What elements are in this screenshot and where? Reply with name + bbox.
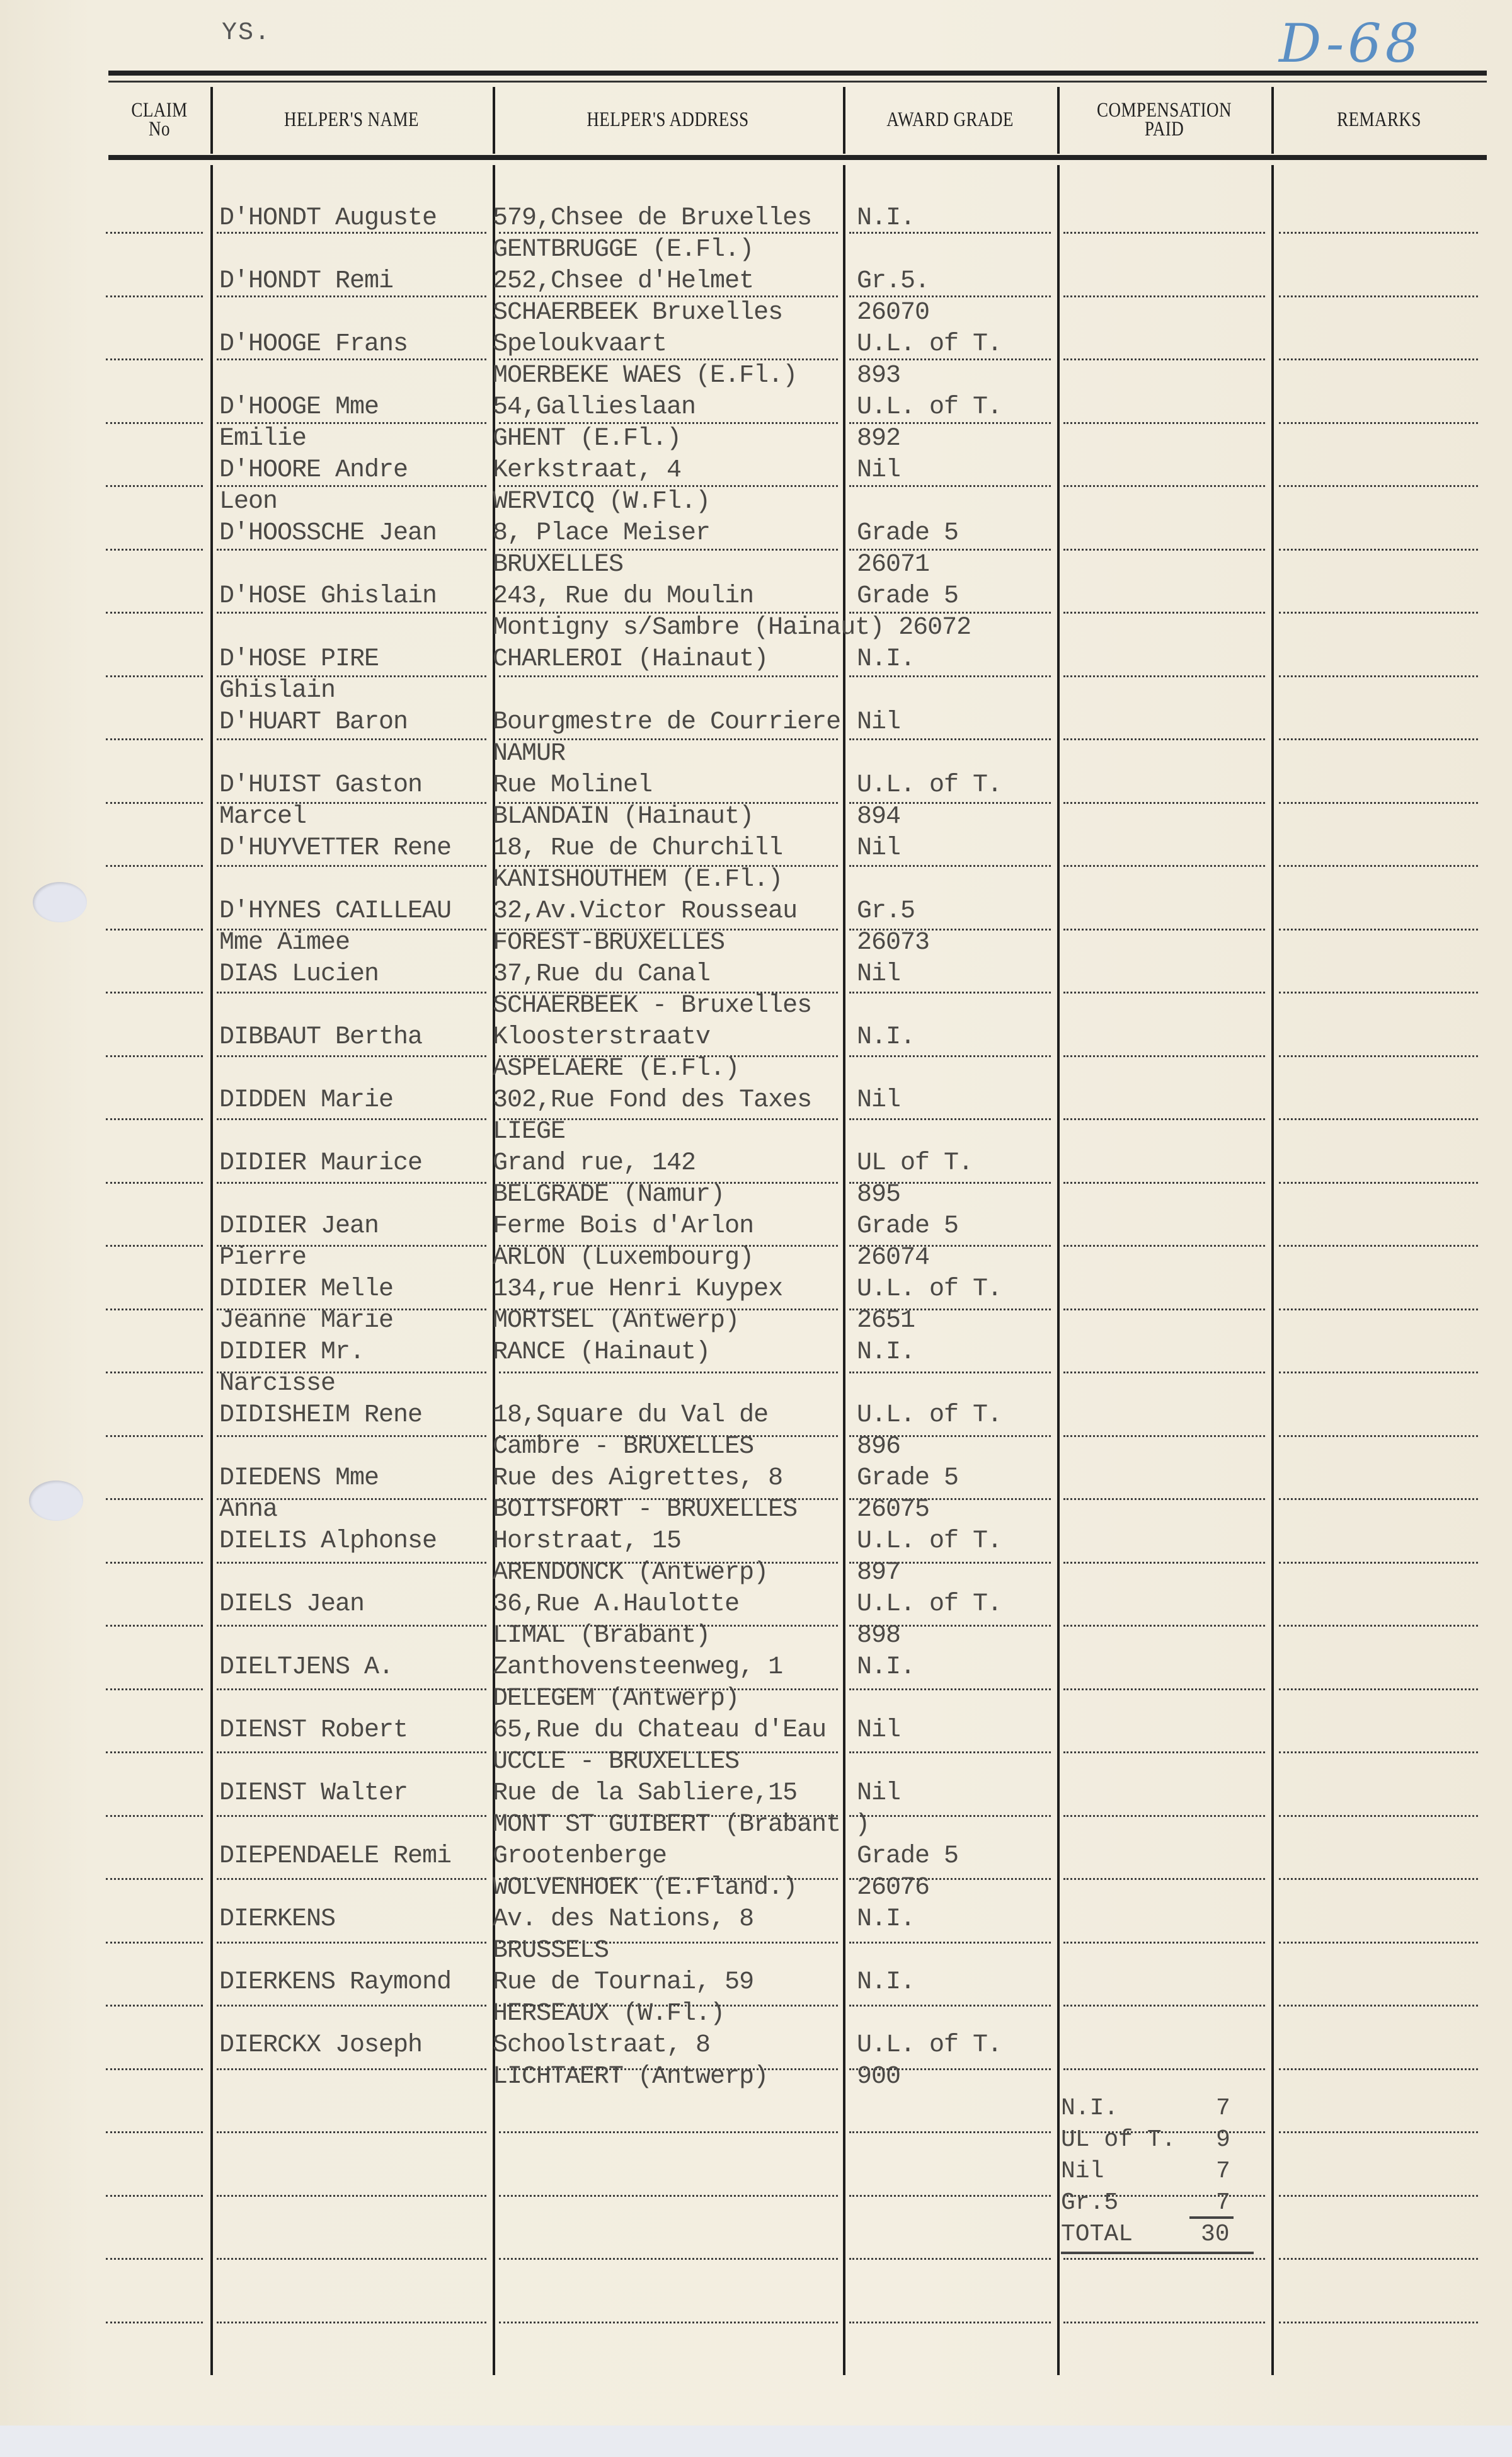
dotted-rule (1279, 738, 1478, 740)
column-divider (843, 87, 845, 154)
dotted-rule (106, 1562, 203, 1564)
dotted-rule (217, 2195, 486, 2197)
dotted-rule (1063, 1815, 1265, 1817)
dotted-rule (106, 1942, 203, 1944)
dotted-rule (217, 738, 486, 740)
header-top-rule (108, 71, 1487, 76)
dotted-rule (1063, 1245, 1265, 1247)
helper-address: BRUSSELS (493, 1935, 609, 1967)
dotted-rule (1063, 295, 1265, 297)
dotted-rule (1279, 1372, 1478, 1373)
helper-address: Bourgmestre de Courriere (493, 707, 840, 738)
dotted-rule (217, 2005, 486, 2007)
helper-address: KANISHOUTHEM (E.Fl.) (493, 864, 782, 896)
helper-address: WOLVENHOEK (E.Fland.) (493, 1872, 797, 1904)
helper-address: Kerkstraat, 4 (493, 455, 681, 486)
helper-name: DIEDENS Mme (219, 1463, 379, 1494)
dotted-rule (1279, 2005, 1478, 2007)
dotted-rule (849, 675, 1051, 677)
dotted-rule (106, 612, 203, 614)
helper-address: NAMUR (493, 738, 565, 770)
dotted-rule (1063, 1562, 1265, 1564)
helper-address: 579,Chsee de Bruxelles (493, 203, 811, 234)
handwritten-reference: D-68 (1279, 13, 1423, 74)
award-grade: 893 (857, 360, 900, 392)
summary-count: 7 (1216, 2093, 1230, 2124)
dotted-rule (849, 1942, 1051, 1944)
helper-address: Rue de Tournai, 59 (493, 1967, 753, 1998)
dotted-rule (106, 802, 203, 804)
dotted-rule (1063, 422, 1265, 424)
helper-address: 32,Av.Victor Rousseau (493, 896, 797, 927)
helper-address: ARENDONCK (Antwerp) (493, 1557, 768, 1589)
award-grade: N.I. (857, 1652, 915, 1683)
helper-address: Grand rue, 142 (493, 1148, 696, 1179)
helper-name: Mme Aimee (219, 927, 350, 959)
dotted-rule (1063, 1625, 1265, 1627)
dotted-rule (849, 2258, 1051, 2260)
dotted-rule (1279, 929, 1478, 931)
award-grade: Nil (857, 1715, 900, 1746)
punch-hole (33, 882, 87, 922)
helper-name: DIENST Robert (219, 1715, 408, 1746)
dotted-rule (106, 2005, 203, 2007)
dotted-rule (106, 929, 203, 931)
helper-name: DIDDEN Marie (219, 1085, 393, 1116)
award-grade: 895 (857, 1179, 900, 1211)
helper-address: UCCLE - BRUXELLES (493, 1746, 739, 1778)
helper-address: WERVICQ (W.Fl.) (493, 486, 710, 518)
helper-name: D'HOOGE Mme (219, 392, 379, 423)
dotted-rule (849, 1372, 1051, 1373)
helper-address: GENTBRUGGE (E.Fl.) (493, 234, 753, 266)
dotted-rule (217, 1182, 486, 1184)
helper-address: MORTSEL (Antwerp) (493, 1305, 739, 1337)
helper-name: DIELTJENS A. (219, 1652, 393, 1683)
column-divider (493, 87, 495, 154)
dotted-rule (217, 2258, 486, 2260)
dotted-rule (1063, 1435, 1265, 1437)
award-grade: Nil (857, 959, 900, 990)
scan-background (0, 2425, 1512, 2457)
helper-address: 243, Rue du Moulin (493, 581, 753, 612)
dotted-rule (217, 1751, 486, 1753)
dotted-rule (1279, 1435, 1478, 1437)
helper-address: LICHTAERT (Antwerp) (493, 2061, 768, 2093)
helper-address: 65,Rue du Chateau d'Eau (493, 1715, 826, 1746)
helper-address: Rue Molinel (493, 770, 652, 801)
dotted-rule (1063, 2258, 1265, 2260)
dotted-rule (1063, 1182, 1265, 1184)
helper-name: DIERKENS Raymond (219, 1967, 451, 1998)
award-grade: 898 (857, 1620, 900, 1652)
award-grade: N.I. (857, 1904, 915, 1935)
helper-name: D'HOORE Andre (219, 455, 408, 486)
dotted-rule (106, 1688, 203, 1690)
dotted-rule (217, 1435, 486, 1437)
helper-address: SCHAERBEEK Bruxelles (493, 297, 782, 329)
award-grade: Nil (857, 833, 900, 864)
dotted-rule (849, 992, 1051, 994)
header-bottom-rule (108, 155, 1487, 160)
helper-name: Narcisse (219, 1368, 335, 1400)
dotted-rule (217, 992, 486, 994)
helper-name: Ghislain (219, 675, 335, 707)
summary-label: Gr.5 (1061, 2187, 1118, 2219)
dotted-rule (1279, 865, 1478, 867)
dotted-rule (1063, 675, 1265, 677)
dotted-rule (1279, 1688, 1478, 1690)
award-grade: 894 (857, 801, 900, 833)
helper-address: LIMAL (Brabant) (493, 1620, 710, 1652)
helper-name: Leon (219, 486, 277, 518)
dotted-rule (1279, 2131, 1478, 2133)
helper-address: RANCE (Hainaut) (493, 1337, 710, 1368)
dotted-rule (1279, 1562, 1478, 1564)
award-grade: N.I. (857, 1022, 915, 1053)
dotted-rule (499, 1372, 838, 1373)
helper-address: ASPELAERE (E.Fl.) (493, 1053, 739, 1085)
helper-address: 37,Rue du Canal (493, 959, 710, 990)
helper-address: Kloosterstraatv (493, 1022, 710, 1053)
dotted-rule (1279, 2068, 1478, 2070)
dotted-rule (217, 1055, 486, 1057)
dotted-rule (849, 1688, 1051, 1690)
column-divider (1271, 87, 1274, 154)
column-header-name: HELPER'S NAME (236, 88, 467, 151)
award-grade: U.L. of T. (857, 329, 1002, 360)
dotted-rule (1063, 1309, 1265, 1310)
dotted-rule (106, 485, 203, 487)
dotted-rule (1279, 1878, 1478, 1880)
dotted-rule (1279, 1309, 1478, 1310)
award-grade: Gr.5. (857, 266, 929, 297)
dotted-rule (106, 1435, 203, 1437)
dotted-rule (1279, 992, 1478, 994)
column-header-remarks: REMARKS (1291, 88, 1467, 151)
dotted-rule (849, 1751, 1051, 1753)
dotted-rule (499, 675, 838, 677)
dotted-rule (217, 1562, 486, 1564)
award-grade: U.L. of T. (857, 1589, 1002, 1620)
award-grade: 26074 (857, 1242, 929, 1274)
award-grade: UL of T. (857, 1148, 973, 1179)
helper-name: D'HOOSSCHE Jean (219, 518, 437, 549)
helper-address: GHENT (E.Fl.) (493, 423, 681, 455)
column-divider (210, 165, 213, 2375)
helper-address: MOERBEKE WAES (E.Fl.) (493, 360, 797, 392)
award-grade: Nil (857, 1085, 900, 1116)
dotted-rule (106, 2068, 203, 2070)
helper-address: CHARLEROI (Hainaut) (493, 644, 768, 675)
helper-address: 302,Rue Fond des Taxes (493, 1085, 811, 1116)
summary-label: UL of T. (1061, 2124, 1176, 2156)
column-divider (1271, 165, 1274, 2375)
award-grade: 896 (857, 1431, 900, 1463)
dotted-rule (217, 1815, 486, 1817)
dotted-rule (849, 865, 1051, 867)
helper-address: 8, Place Meiser (493, 518, 710, 549)
header-top-thin-rule (108, 81, 1487, 83)
helper-address: Speloukvaart (493, 329, 667, 360)
dotted-rule (217, 1688, 486, 1690)
award-grade: Nil (857, 455, 900, 486)
typed-note: YS. (222, 19, 271, 47)
helper-address: LIEGE (493, 1116, 565, 1148)
total-underline (1061, 2252, 1254, 2254)
dotted-rule (1279, 802, 1478, 804)
helper-address: 134,rue Henri Kuypex (493, 1274, 782, 1305)
helper-address: FOREST-BRUXELLES (493, 927, 724, 959)
dotted-rule (1063, 1118, 1265, 1120)
award-grade: N.I. (857, 1967, 915, 1998)
column-divider (210, 87, 213, 154)
helper-name: Pierre (219, 1242, 306, 1274)
dotted-rule (1279, 295, 1478, 297)
helper-name: Anna (219, 1494, 277, 1526)
award-grade: Grade 5 (857, 1211, 958, 1242)
dotted-rule (1063, 2005, 1265, 2007)
award-grade: 26073 (857, 927, 929, 959)
helper-address: Rue des Aigrettes, 8 (493, 1463, 782, 1494)
dotted-rule (1063, 549, 1265, 551)
helper-address: HERSEAUX (W.Fl.) (493, 1998, 724, 2030)
helper-name: DIDIER Maurice (219, 1148, 422, 1179)
helper-name: Emilie (219, 423, 306, 455)
helper-name: D'HONDT Remi (219, 266, 393, 297)
award-grade: 900 (857, 2061, 900, 2093)
helper-name: DIBBAUT Bertha (219, 1022, 422, 1053)
dotted-rule (106, 1751, 203, 1753)
helper-address: Grootenberge (493, 1841, 667, 1872)
column-header-claim-no: CLAIMNo (118, 88, 202, 151)
dotted-rule (1279, 422, 1478, 424)
helper-address: 18, Rue de Churchill (493, 833, 782, 864)
dotted-rule (499, 2322, 838, 2323)
dotted-rule (1279, 2195, 1478, 2197)
award-grade: Grade 5 (857, 1463, 958, 1494)
dotted-rule (1063, 865, 1265, 867)
dotted-rule (849, 2131, 1051, 2133)
dotted-rule (1063, 2068, 1265, 2070)
dotted-rule (1063, 612, 1265, 614)
dotted-rule (106, 422, 203, 424)
helper-name: DIENST Walter (219, 1778, 408, 1809)
award-grade: Grade 5 (857, 1841, 958, 1872)
dotted-rule (106, 1245, 203, 1247)
column-header-compensation: COMPENSATIONPAID (1077, 88, 1252, 151)
dotted-rule (849, 2195, 1051, 2197)
dotted-rule (499, 2131, 838, 2133)
helper-address: 54,Gallieslaan (493, 392, 696, 423)
award-grade: Gr.5 (857, 896, 915, 927)
dotted-rule (217, 2131, 486, 2133)
dotted-rule (1279, 1055, 1478, 1057)
helper-name: DIERCKX Joseph (219, 2030, 422, 2061)
dotted-rule (106, 1309, 203, 1310)
summary-total-label: TOTAL (1061, 2219, 1133, 2250)
dotted-rule (1279, 1942, 1478, 1944)
dotted-rule (217, 2068, 486, 2070)
dotted-rule (1063, 929, 1265, 931)
dotted-rule (106, 549, 203, 551)
award-grade: Nil (857, 707, 900, 738)
award-grade: Nil (857, 1778, 900, 1809)
dotted-rule (1279, 232, 1478, 234)
helper-name: D'HOSE Ghislain (219, 581, 437, 612)
award-grade: N.I. (857, 1337, 915, 1368)
dotted-rule (1063, 485, 1265, 487)
award-grade: Grade 5 (857, 581, 958, 612)
award-grade: 2651 (857, 1305, 915, 1337)
dotted-rule (1063, 738, 1265, 740)
dotted-rule (1279, 2258, 1478, 2260)
helper-name: DIEPENDAELE Remi (219, 1841, 451, 1872)
award-grade: 26075 (857, 1494, 929, 1526)
dotted-rule (1063, 1372, 1265, 1373)
award-grade: 26070 (857, 297, 929, 329)
helper-name: D'HONDT Auguste (219, 203, 437, 234)
dotted-rule (1063, 1942, 1265, 1944)
dotted-rule (1279, 549, 1478, 551)
dotted-rule (106, 865, 203, 867)
dotted-rule (1063, 1055, 1265, 1057)
punch-hole (29, 1480, 83, 1521)
dotted-rule (106, 358, 203, 360)
helper-name: DIERKENS (219, 1904, 335, 1935)
dotted-rule (106, 2195, 203, 2197)
dotted-rule (106, 738, 203, 740)
helper-address: 36,Rue A.Haulotte (493, 1589, 739, 1620)
helper-address: ARLON (Luxembourg) (493, 1242, 753, 1274)
helper-name: D'HUYVETTER Rene (219, 833, 451, 864)
dotted-rule (106, 1182, 203, 1184)
dotted-rule (106, 2322, 203, 2323)
summary-label: N.I. (1061, 2093, 1118, 2124)
helper-name: Marcel (219, 801, 306, 833)
helper-name: D'HOOGE Frans (219, 329, 408, 360)
helper-address: BRUXELLES (493, 549, 623, 581)
dotted-rule (1279, 612, 1478, 614)
dotted-rule (849, 1815, 1051, 1817)
award-grade: U.L. of T. (857, 1274, 1002, 1305)
dotted-rule (1279, 1815, 1478, 1817)
dotted-rule (849, 1118, 1051, 1120)
dotted-rule (106, 1055, 203, 1057)
dotted-rule (1063, 1498, 1265, 1500)
helper-address: BELGRADE (Namur) (493, 1179, 724, 1211)
dotted-rule (106, 992, 203, 994)
dotted-rule (217, 1625, 486, 1627)
helper-address: Schoolstraat, 8 (493, 2030, 710, 2061)
summary-total-count: 30 (1201, 2219, 1230, 2250)
dotted-rule (1279, 1118, 1478, 1120)
award-grade: U.L. of T. (857, 770, 1002, 801)
dotted-rule (106, 1118, 203, 1120)
dotted-rule (1063, 802, 1265, 804)
helper-address: Montigny s/Sambre (Hainaut) 26072 (493, 612, 971, 644)
helper-name: DIELS Jean (219, 1589, 364, 1620)
dotted-rule (217, 1878, 486, 1880)
dotted-rule (1063, 2322, 1265, 2323)
dotted-rule (1063, 1751, 1265, 1753)
dotted-rule (106, 232, 203, 234)
helper-address: 252,Chsee d'Helmet (493, 266, 753, 297)
column-divider (1057, 87, 1060, 154)
dotted-rule (1279, 358, 1478, 360)
helper-name: D'HYNES CAILLEAU (219, 896, 451, 927)
dotted-rule (106, 675, 203, 677)
column-header-award: AWARD GRADE (862, 88, 1038, 151)
award-grade: U.L. of T. (857, 1400, 1002, 1431)
award-grade: U.L. of T. (857, 392, 1002, 423)
dotted-rule (1063, 232, 1265, 234)
helper-address: Horstraat, 15 (493, 1526, 681, 1557)
dotted-rule (217, 2322, 486, 2323)
helper-address: Zanthovensteenweg, 1 (493, 1652, 782, 1683)
dotted-rule (106, 2258, 203, 2260)
dotted-rule (106, 1625, 203, 1627)
dotted-rule (1279, 1751, 1478, 1753)
helper-name: D'HUIST Gaston (219, 770, 422, 801)
dotted-rule (217, 865, 486, 867)
dotted-rule (106, 1815, 203, 1817)
dotted-rule (1063, 992, 1265, 994)
dotted-rule (1279, 1498, 1478, 1500)
helper-address: Rue de la Sabliere,15 (493, 1778, 797, 1809)
helper-address: Av. des Nations, 8 (493, 1904, 753, 1935)
dotted-rule (1063, 1688, 1265, 1690)
helper-name: DIELIS Alphonse (219, 1526, 437, 1557)
summary-label: Nil (1061, 2156, 1104, 2187)
summary-count: 9 (1216, 2124, 1230, 2156)
dotted-rule (849, 2005, 1051, 2007)
helper-address: SCHAERBEEK - Bruxelles (493, 990, 811, 1022)
helper-name: DIDIER Jean (219, 1211, 379, 1242)
dotted-rule (1279, 2322, 1478, 2323)
dotted-rule (1279, 1625, 1478, 1627)
award-grade: 897 (857, 1557, 900, 1589)
dotted-rule (849, 1055, 1051, 1057)
summary-count: 7 (1216, 2156, 1230, 2187)
award-grade: 26076 (857, 1872, 929, 1904)
dotted-rule (106, 1498, 203, 1500)
helper-address: BOITSFORT - BRUXELLES (493, 1494, 797, 1526)
dotted-rule (1063, 358, 1265, 360)
dotted-rule (1279, 1182, 1478, 1184)
dotted-rule (1279, 1245, 1478, 1247)
summary-count: 7 (1216, 2187, 1230, 2219)
award-grade: Grade 5 (857, 518, 958, 549)
dotted-rule (106, 1372, 203, 1373)
helper-address: DELEGEM (Antwerp) (493, 1683, 739, 1715)
helper-name: DIAS Lucien (219, 959, 379, 990)
helper-address: Cambre - BRUXELLES (493, 1431, 753, 1463)
dotted-rule (849, 2322, 1051, 2323)
dotted-rule (499, 2258, 838, 2260)
helper-name: Jeanne Marie (219, 1305, 393, 1337)
helper-address: BLANDAIN (Hainaut) (493, 801, 753, 833)
helper-name: D'HUART Baron (219, 707, 408, 738)
helper-name: DIDIER Melle (219, 1274, 393, 1305)
helper-name: DIDIER Mr. (219, 1337, 364, 1368)
award-grade: N.I. (857, 203, 915, 234)
dotted-rule (1279, 485, 1478, 487)
helper-address: 18,Square du Val de (493, 1400, 768, 1431)
dotted-rule (849, 738, 1051, 740)
award-grade: U.L. of T. (857, 2030, 1002, 2061)
helper-name: DIDISHEIM Rene (219, 1400, 422, 1431)
